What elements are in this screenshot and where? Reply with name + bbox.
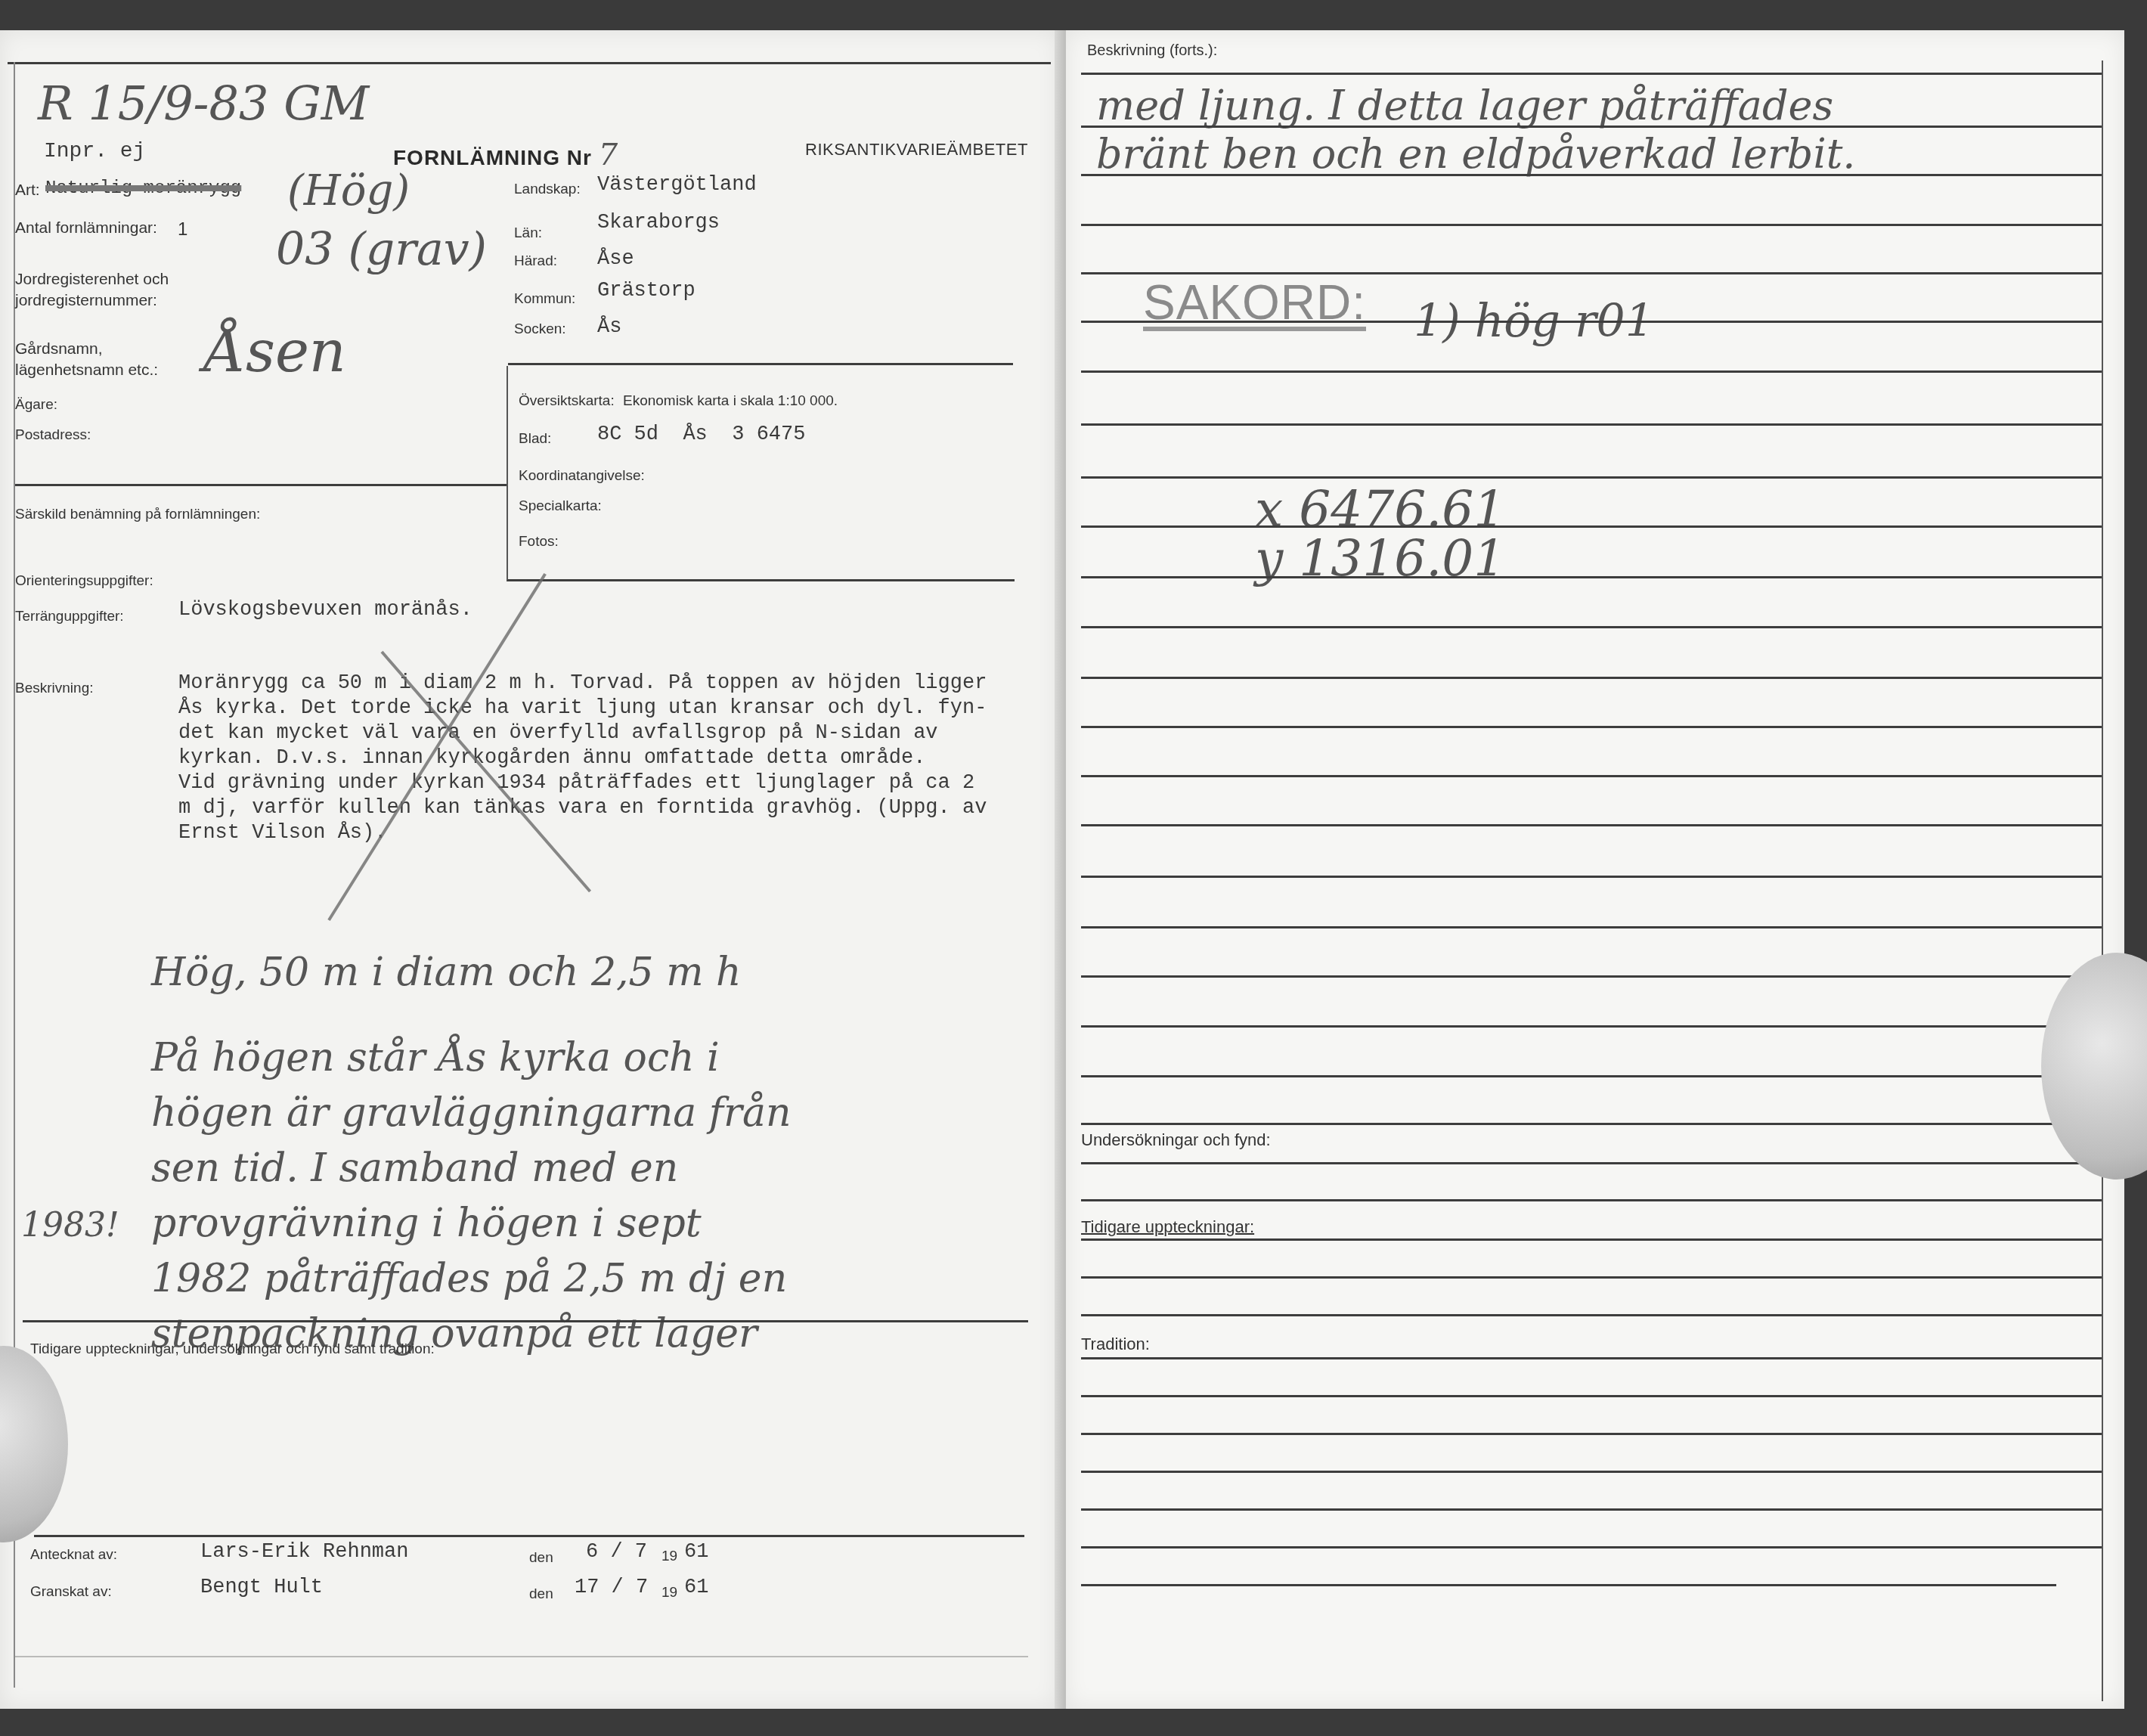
postadress-label: Postadress: xyxy=(15,427,91,444)
tradition-label: Tradition: xyxy=(1081,1335,1150,1354)
bottom-rule xyxy=(15,1656,1028,1657)
antal-handwritten: 03 (grav) xyxy=(276,223,487,276)
jordregister-label-2: jordregisternummer: xyxy=(15,292,157,310)
handwritten-registration: R 15/9-83 GM xyxy=(38,76,369,131)
ruled-line xyxy=(1081,1395,2102,1397)
ruled-line xyxy=(1081,1199,2102,1201)
ruled-line xyxy=(1081,1314,2102,1316)
ruled-line xyxy=(1081,975,2102,978)
harad-label: Härad: xyxy=(514,253,557,270)
owner-rule xyxy=(15,484,507,486)
top-border-rule xyxy=(8,62,1051,64)
handwritten-line: sen tid. I samband med en xyxy=(151,1141,791,1196)
oversiktskarta-label: Översiktskarta: xyxy=(519,393,615,410)
ruled-line xyxy=(1081,1276,2102,1279)
handwritten-line: 1982 påträffades på 2,5 m dj en xyxy=(151,1251,791,1307)
granskat-label: Granskat av: xyxy=(30,1584,112,1601)
art-label: Art: xyxy=(15,181,40,200)
antecknat-den: den xyxy=(529,1550,553,1567)
art-typed-struck: Naturlig moränrygg xyxy=(45,178,241,199)
antal-label: Antal fornlämningar: xyxy=(15,219,157,237)
art-handwritten: (Hög) xyxy=(287,166,410,215)
ruled-line xyxy=(1081,126,2102,128)
handwritten-line: På högen står Ås kyrka och i xyxy=(151,1031,791,1086)
ruled-line xyxy=(1081,1584,2056,1586)
agare-label: Ägare: xyxy=(15,397,57,414)
ruled-line xyxy=(1081,423,2102,426)
ruled-line xyxy=(1081,73,2102,75)
socken-label: Socken: xyxy=(514,321,566,338)
tidigare-label: Tidigare uppteckningar, undersökningar o… xyxy=(30,1341,435,1358)
ruled-line xyxy=(1081,1357,2102,1359)
ruled-line xyxy=(1081,1508,2102,1511)
ruled-line xyxy=(1081,1546,2102,1548)
agency-name: RIKSANTIKVARIEÄMBETET xyxy=(805,140,1028,160)
ruled-line xyxy=(1081,626,2102,628)
granskat-date: 17 / 7 xyxy=(575,1576,648,1599)
socken-value: Ås xyxy=(597,316,621,339)
jordregister-label-1: Jordregisterenhet och xyxy=(15,271,169,289)
location-rule xyxy=(508,363,1013,365)
antal-value: 1 xyxy=(178,219,187,240)
handwritten-line: högen är gravläggningarna från xyxy=(151,1086,791,1141)
fotos-label: Fotos: xyxy=(519,534,559,550)
ruled-line xyxy=(1081,1471,2102,1473)
antecknat-name: Lars-Erik Rehnman xyxy=(200,1541,408,1564)
handwritten-description: Hög, 50 m i diam och 2,5 m h På högen st… xyxy=(151,945,791,1362)
ruled-line xyxy=(1081,224,2102,226)
handwritten-continuation-2: bränt ben och en eldpåverkad lerbit. xyxy=(1096,130,1856,178)
beskrivning-line: Ernst Vilson Ås). xyxy=(178,821,987,846)
ruled-line xyxy=(1081,876,2102,878)
granskat-year-suffix: 61 xyxy=(684,1576,708,1599)
sarskild-label: Särskild benämning på fornlämningen: xyxy=(15,507,260,523)
ruled-line xyxy=(1081,677,2102,679)
granskat-name: Bengt Hult xyxy=(200,1576,323,1599)
ruled-line xyxy=(1081,775,2102,777)
tidigare-uppteckningar-label: Tidigare uppteckningar: xyxy=(1081,1217,1254,1237)
ruled-line xyxy=(1081,1123,2102,1125)
ruled-line xyxy=(1081,824,2102,826)
beskrivning-line: kyrkan. D.v.s. innan kyrkogården ännu om… xyxy=(178,746,987,771)
antecknat-year-suffix: 61 xyxy=(684,1541,708,1564)
ruled-line xyxy=(1081,370,2102,373)
stamp-note: Inpr. ej xyxy=(44,140,145,163)
gardsnamn-label-2: lägenhetsnamn etc.: xyxy=(15,361,158,380)
beskrivning-forts-label: Beskrivning (forts.): xyxy=(1087,42,1217,60)
oversiktskarta-value: Ekonomisk karta i skala 1:10 000. xyxy=(623,393,838,410)
ruled-line xyxy=(1081,321,2102,323)
beskrivning-line: Moränrygg ca 50 m i diam 2 m h. Torvad. … xyxy=(178,671,987,696)
kommun-label: Kommun: xyxy=(514,291,575,308)
lan-value: Skaraborgs xyxy=(597,212,720,234)
gardsnamn-handwritten: Åsen xyxy=(204,318,346,385)
ruled-line xyxy=(1081,272,2102,274)
harad-value: Åse xyxy=(597,248,634,271)
gardsnamn-label-1: Gårdsnamn, xyxy=(15,340,103,358)
specialkarta-label: Specialkarta: xyxy=(519,498,602,515)
granskat-year-prefix: 19 xyxy=(661,1585,677,1601)
ruled-line xyxy=(1081,174,2102,176)
ruled-line xyxy=(1081,926,2102,928)
antecknat-year-prefix: 19 xyxy=(661,1548,677,1565)
tidigare-end-rule xyxy=(34,1535,1024,1537)
margin-note: 1983! xyxy=(21,1206,119,1245)
coordinate-y: y 1316.01 xyxy=(1255,529,1505,587)
antecknat-date: 6 / 7 xyxy=(586,1541,647,1564)
ruled-line xyxy=(1081,576,2102,578)
ruled-line xyxy=(1081,476,2102,479)
terrang-label: Terränguppgifter: xyxy=(15,609,124,625)
granskat-den: den xyxy=(529,1586,553,1603)
beskrivning-line: Ås kyrka. Det torde icke ha varit ljung … xyxy=(178,696,987,721)
beskrivning-line: Vid grävning under kyrkan 1934 påträffad… xyxy=(178,771,987,796)
kommun-value: Grästorp xyxy=(597,280,696,302)
sakord-stamp: SAKORD: xyxy=(1143,278,1366,331)
landskap-label: Landskap: xyxy=(514,181,581,198)
handwritten-line: provgrävning i högen i sept xyxy=(151,1196,791,1251)
left-page: R 15/9-83 GM Inpr. ej FORNLÄMNING Nr 7 R… xyxy=(0,30,1058,1709)
ruled-line xyxy=(1081,1433,2102,1435)
undersokningar-label: Undersökningar och fynd: xyxy=(1081,1130,1271,1150)
ruled-line xyxy=(1081,1162,2102,1164)
handwritten-line: Hög, 50 m i diam och 2,5 m h xyxy=(151,945,791,1000)
lan-label: Län: xyxy=(514,225,542,242)
form-number: 7 xyxy=(599,138,618,172)
koordinat-label: Koordinatangivelse: xyxy=(519,468,645,485)
handwritten-continuation-1: med ljung. I detta lager påträffades xyxy=(1096,82,1833,129)
description-end-rule xyxy=(23,1320,1028,1322)
terrang-value: Lövskogsbevuxen moränås. xyxy=(178,599,472,622)
landskap-value: Västergötland xyxy=(597,174,757,197)
orientering-label: Orienteringsuppgifter: xyxy=(15,573,153,590)
ruled-line xyxy=(1081,726,2102,728)
map-box: Översiktskarta: Ekonomisk karta i skala … xyxy=(507,366,1015,581)
blad-label: Blad: xyxy=(519,431,551,448)
right-margin-line xyxy=(2102,60,2103,1701)
antecknat-label: Antecknat av: xyxy=(30,1547,117,1564)
ruled-line xyxy=(1081,525,2102,528)
right-page: Beskrivning (forts.): med ljung. I detta… xyxy=(1066,30,2124,1709)
ruled-line xyxy=(1081,1238,2102,1241)
blad-value: 8C 5d Ås 3 6475 xyxy=(597,423,805,446)
beskrivning-line: m dj, varför kullen kan tänkas vara en f… xyxy=(178,796,987,821)
ruled-line xyxy=(1081,1025,2102,1028)
beskrivning-typed: Moränrygg ca 50 m i diam 2 m h. Torvad. … xyxy=(178,671,987,846)
beskrivning-label: Beskrivning: xyxy=(15,680,94,697)
ruled-line xyxy=(1081,1075,2102,1077)
beskrivning-line: det kan mycket väl vara en överfylld avf… xyxy=(178,721,987,746)
form-title: FORNLÄMNING Nr 7 xyxy=(393,138,618,172)
